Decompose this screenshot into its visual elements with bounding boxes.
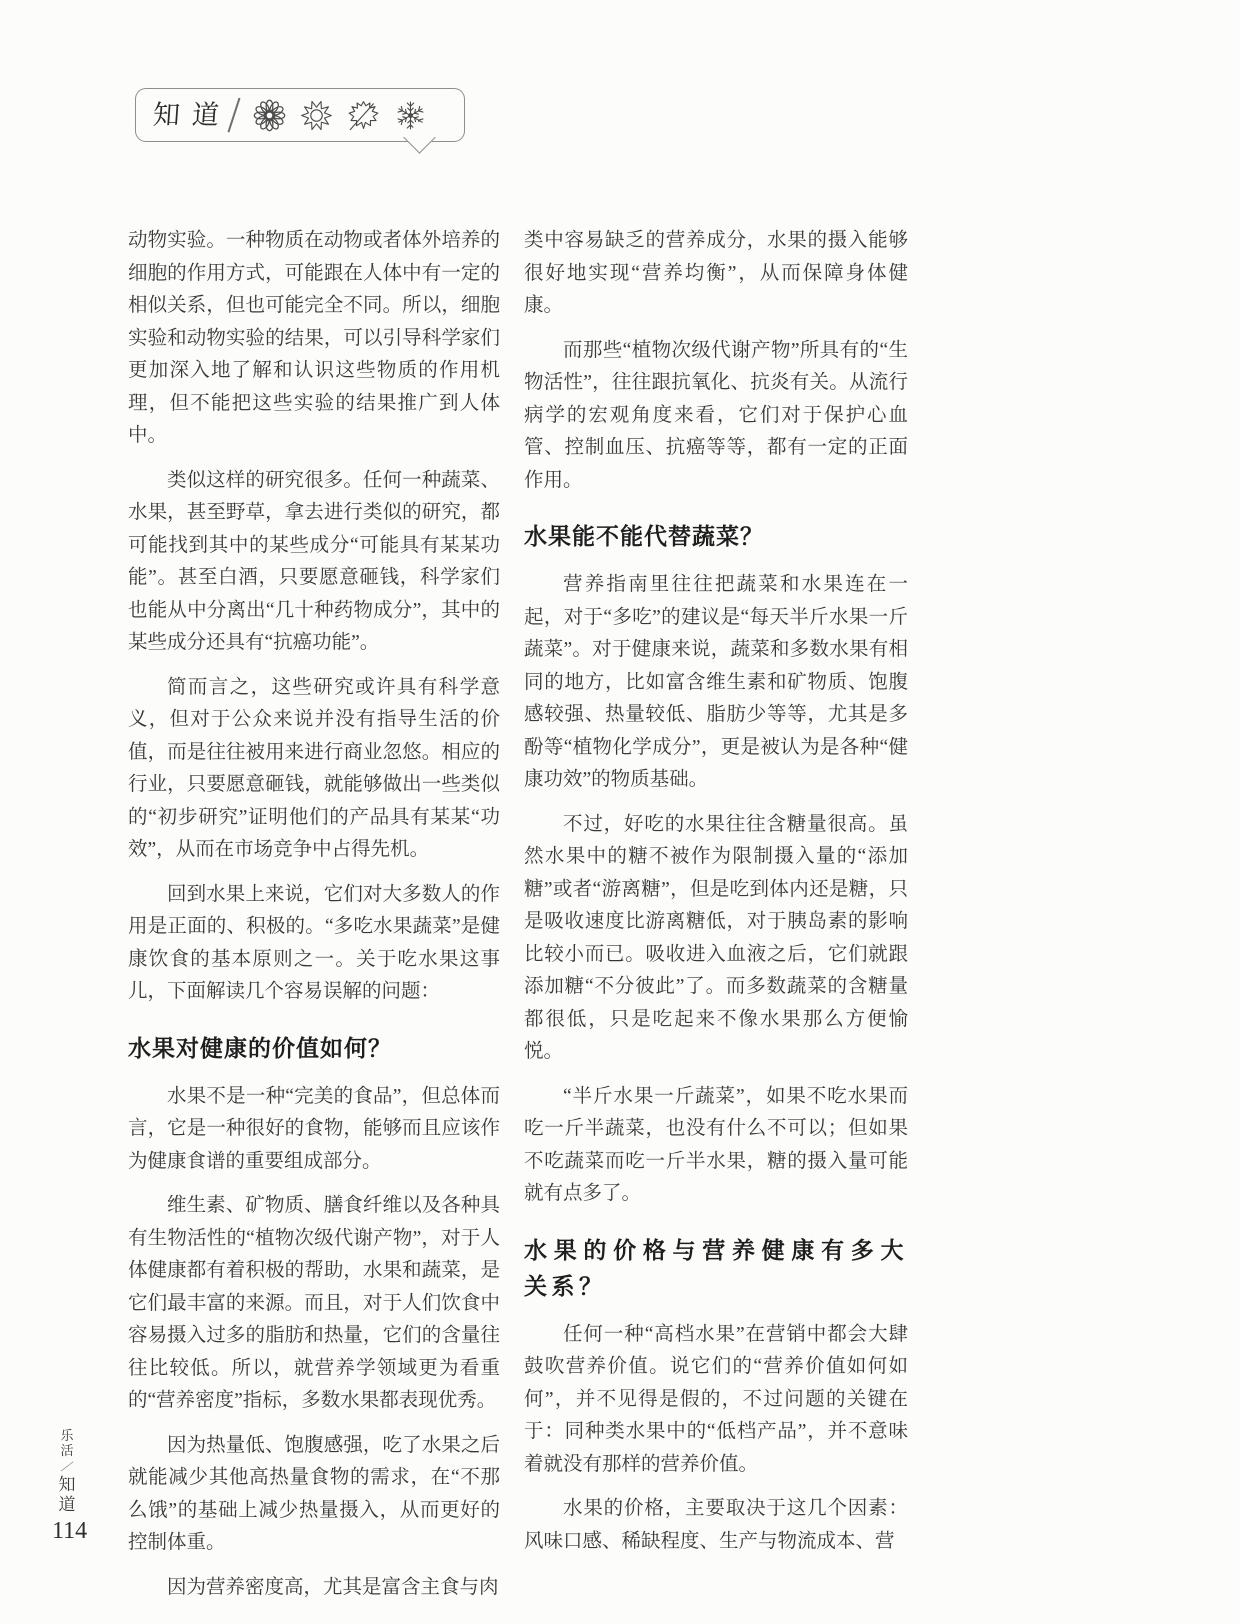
paragraph: 营养指南里往往把蔬菜和水果连在一起，对于“多吃”的建议是“每天半斤水果一斤蔬菜”…: [524, 569, 908, 797]
section-heading: 水果对健康的价值如何？: [128, 1031, 500, 1067]
magazine-page: 知道: [0, 0, 1240, 1624]
maple-leaf-icon: [345, 97, 382, 134]
sun-icon: [298, 97, 335, 134]
paragraph: 简而言之，这些研究或许具有科学意义，但对于公众来说并没有指导生活的价值，而是往往…: [128, 672, 500, 867]
paragraph: “半斤水果一斤蔬菜”，如果不吃水果而吃一斤半蔬菜，也没有什么不可以；但如果不吃蔬…: [524, 1081, 908, 1211]
right-column: 类中容易缺乏的营养成分，水果的摄入能够很好地实现“营养均衡”，从而保障身体健康。…: [524, 225, 908, 1570]
paragraph: 回到水果上来说，它们对大多数人的作用是正面的、积极的。“多吃水果蔬菜”是健康饮食…: [128, 879, 500, 1009]
sidebar-slash-separator: ／: [55, 1458, 79, 1475]
paragraph: 因为热量低、饱腹感强，吃了水果之后就能减少其他高热量食物的需求，在“不那么饿”的…: [128, 1430, 500, 1560]
sidebar-label-small: 乐活: [56, 1428, 78, 1459]
sidebar-label: 乐活 ／ 知道: [56, 1428, 78, 1515]
paragraph: 维生素、矿物质、膳食纤维以及各种具有生物活性的“植物次级代谢产物”，对于人体健康…: [128, 1190, 500, 1418]
paragraph: 类中容易缺乏的营养成分，水果的摄入能够很好地实现“营养均衡”，从而保障身体健康。: [524, 225, 908, 323]
paragraph: 不过，好吃的水果往往含糖量很高。虽然水果中的糖不被作为限制摄入量的“添加糖”或者…: [524, 809, 908, 1069]
paragraph: 类似这样的研究很多。任何一种蔬菜、水果，甚至野草，拿去进行类似的研究，都可能找到…: [128, 465, 500, 660]
season-icons: [251, 97, 429, 134]
header-badge: 知道: [135, 88, 465, 142]
paragraph: 动物实验。一种物质在动物或者体外培养的细胞的作用方式，可能跟在人体中有一定的相似…: [128, 225, 500, 453]
sidebar-label-large: 知道: [56, 1475, 78, 1515]
paragraph: 水果的价格，主要取决于这几个因素：风味口感、稀缺程度、生产与物流成本、营: [524, 1493, 908, 1558]
badge-title: 知道: [152, 102, 232, 129]
section-heading: 水果能不能代替蔬菜？: [524, 519, 908, 555]
paragraph: 因为营养密度高，尤其是富含主食与肉: [128, 1572, 500, 1605]
left-column: 动物实验。一种物质在动物或者体外培养的细胞的作用方式，可能跟在人体中有一定的相似…: [128, 225, 500, 1616]
paragraph: 任何一种“高档水果”在营销中都会大肆鼓吹营养价值。说它们的“营养价值如何如何”，…: [524, 1319, 908, 1482]
flower-icon: [251, 97, 288, 134]
page-number: 114: [52, 1518, 98, 1545]
paragraph: 水果不是一种“完美的食品”，但总体而言，它是一种很好的食物，能够而且应该作为健康…: [128, 1081, 500, 1179]
section-heading: 水果的价格与营养健康有多大关系？: [524, 1233, 908, 1305]
paragraph: 而那些“植物次级代谢产物”所具有的“生物活性”，往往跟抗氧化、抗炎有关。从流行病…: [524, 335, 908, 498]
